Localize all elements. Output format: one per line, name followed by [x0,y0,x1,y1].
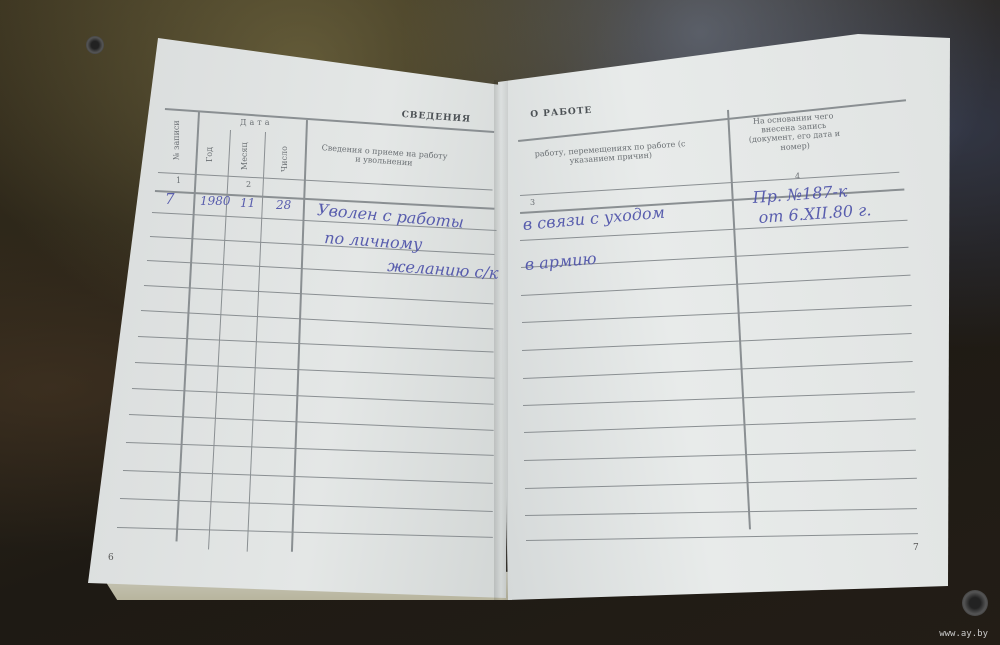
col-basis-label: На основании чего внесена запись (докуме… [738,110,850,154]
entry-year: 1980 [200,194,231,208]
left-page-number: 6 [108,553,114,563]
entry-number: 7 [165,190,175,208]
col-year-label: Год [205,147,214,162]
col-num-3: 3 [530,198,535,207]
col-date-label: Дата [240,118,272,127]
watermark: www.ay.by [939,629,988,639]
book-spine [494,80,508,600]
col-number-label: № записи [172,120,181,160]
col-num-2: 2 [246,180,251,189]
entry-day: 28 [276,198,291,212]
col-day-label: Число [280,146,289,172]
entry-month: 11 [240,196,255,210]
open-work-record-book: СВЕДЕНИЯ № записи Дата Год Месяц Число С… [0,0,1000,645]
col-num-4: 4 [795,172,800,181]
right-page-number: 7 [913,543,919,553]
col-num-1: 1 [176,176,181,185]
col-month-label: Месяц [240,142,249,170]
